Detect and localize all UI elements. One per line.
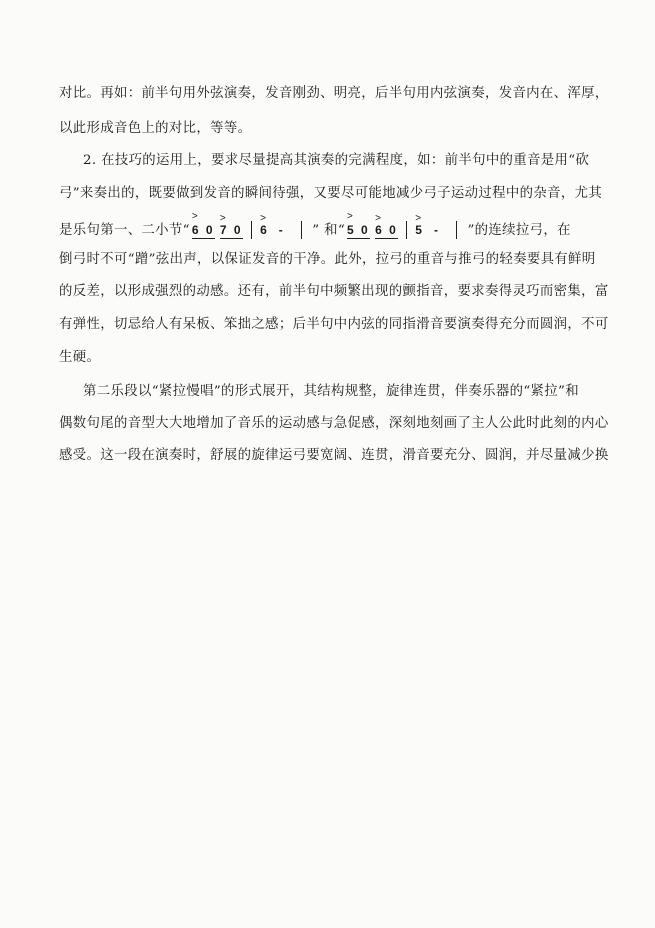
quote: “ (338, 223, 345, 238)
accent-mark: > (347, 209, 353, 225)
text-line: 对比。再如：前半句用外弦演奏，发音刚劲、明亮，后半句用内弦演奏，发音内在、浑厚， (59, 86, 569, 102)
text-line: 2. 在技巧的运用上，要求尽量提高其演奏的完满程度，如：前半句中的重音是用“砍 (83, 153, 569, 169)
jianpu-figure: >5 0 >6 0>5- (345, 221, 467, 239)
text: 是乐句第一、二小节 (59, 223, 183, 238)
barline (406, 221, 408, 239)
accent-mark: > (375, 211, 381, 227)
quote: “ (183, 223, 190, 238)
text-line: 倒弓时不可“蹭”弦出声，以保证发音的干净。此外，拉弓的重音与推弓的轻奏要具有鲜明 (59, 252, 569, 268)
note-group: 6 0 (192, 223, 215, 239)
text: 和 (324, 223, 338, 238)
text-line: 第二乐段以“紧拉慢唱”的形式展开，其结构规整，旋律连贯，伴奏乐器的“紧拉”和 (83, 384, 569, 400)
note-group: 5 0 (347, 223, 370, 239)
quote: ” (312, 223, 319, 238)
accent-mark: > (192, 209, 198, 225)
note-dash: - (279, 223, 283, 237)
jianpu-figure: >6 0 >7 0>6- (190, 221, 312, 239)
text: 的连续拉弓，在 (475, 223, 571, 238)
accent-mark: > (415, 211, 421, 227)
text-line: 弓”来奏出的，既要做到发音的瞬间待强，又要尽可能地减少弓子运动过程中的杂音，尤其 (59, 186, 569, 202)
barline (456, 221, 458, 239)
barline (301, 221, 303, 239)
quote: ” (467, 223, 474, 238)
document-page: 对比。再如：前半句用外弦演奏，发音刚劲、明亮，后半句用内弦演奏，发音内在、浑厚，… (0, 0, 655, 928)
text-line: 生硬。 (59, 350, 569, 366)
text-line: 感受。这一段在演奏时，舒展的旋律运弓要宽阔、连贯，滑音要充分、圆润，并尽量减少换 (59, 448, 569, 464)
text-line: 偶数句尾的音型大大地增加了音乐的运动感与急促感，深刻地刻画了主人公此时此刻的内心 (59, 416, 569, 432)
text-line: 的反差，以形成强烈的动感。还有，前半句中频繁出现的颤指音，要求奏得灵巧而密集，富 (59, 284, 569, 300)
note-dash: - (434, 223, 438, 237)
notation-line: 是乐句第一、二小节“>6 0 >7 0>6-” 和“>5 0 >6 0>5-”的… (59, 221, 569, 239)
barline (251, 221, 253, 239)
accent-mark: > (260, 211, 266, 227)
text-line: 有弹性，切忌给人有呆板、笨拙之感；后半句中内弦的同指滑音要演奏得充分而圆润，不可 (59, 317, 569, 333)
accent-mark: > (220, 211, 226, 227)
text-line: 以此形成音色上的对比，等等。 (59, 121, 569, 137)
